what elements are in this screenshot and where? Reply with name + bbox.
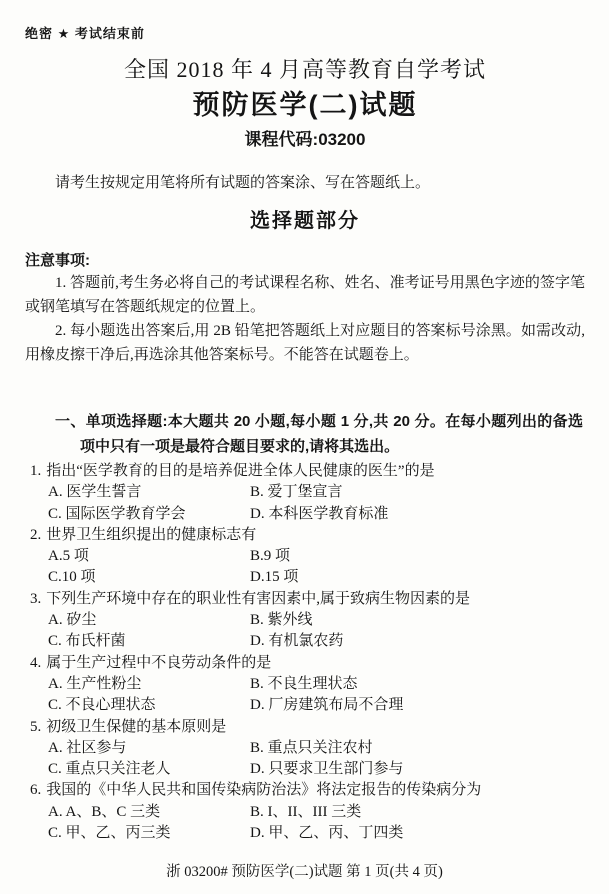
question-number: 6. xyxy=(30,782,41,798)
answer-sheet-instruction: 请考生按规定用笔将所有试题的答案涂、写在答题纸上。 xyxy=(25,173,585,193)
option-c: C. 甲、乙、丙三类 xyxy=(48,823,250,844)
option-b: B. 重点只关注农村 xyxy=(250,738,585,759)
note-item-1: 1. 答题前,考生务必将自己的考试课程名称、姓名、准考证号用黑色字迹的签字笔或钢… xyxy=(25,271,585,319)
option-a: A. 社区参与 xyxy=(48,738,250,759)
question-stem: 属于生产过程中不良劳动条件的是 xyxy=(46,655,271,671)
section-title: 选择题部分 xyxy=(25,208,585,235)
question-number: 5. xyxy=(30,719,41,735)
exam-session-title: 全国 2018 年 4 月高等教育自学考试 xyxy=(25,55,585,84)
option-c: C. 重点只关注老人 xyxy=(48,759,250,780)
question-2: 2.世界卫生组织提出的健康标志有 A.5 项 B.9 项 C.10 项 D.15… xyxy=(25,525,585,589)
paper-title: 预防医学(二)试题 xyxy=(25,87,585,123)
question-stem: 初级卫生保健的基本原则是 xyxy=(46,719,226,735)
option-d: D. 有机氯农药 xyxy=(250,631,585,652)
question-3: 3.下列生产环境中存在的职业性有害因素中,属于致病生物因素的是 A. 矽尘 B.… xyxy=(25,589,585,653)
question-stem: 我国的《中华人民共和国传染病防治法》将法定报告的传染病分为 xyxy=(46,782,481,798)
option-b: B. 不良生理状态 xyxy=(250,674,585,695)
options-grid: A. 社区参与 B. 重点只关注农村 C. 重点只关注老人 D. 只要求卫生部门… xyxy=(48,738,585,781)
secrecy-banner: 绝密 ★ 考试结束前 xyxy=(25,26,585,42)
option-b: B. 爱丁堡宣言 xyxy=(250,482,585,503)
option-a: A. A、B、C 三类 xyxy=(48,802,250,823)
option-c: C.10 项 xyxy=(48,567,250,588)
option-c: C. 国际医学教育学会 xyxy=(48,504,250,525)
option-d: D. 只要求卫生部门参与 xyxy=(250,759,585,780)
part-one-heading: 一、单项选择题:本大题共 20 小题,每小题 1 分,共 20 分。在每小题列出… xyxy=(50,409,585,459)
option-c: C. 布氏杆菌 xyxy=(48,631,250,652)
question-number: 1. xyxy=(30,463,41,479)
option-a: A.5 项 xyxy=(48,546,250,567)
option-b: B. 紫外线 xyxy=(250,610,585,631)
question-stem: 下列生产环境中存在的职业性有害因素中,属于致病生物因素的是 xyxy=(46,591,470,607)
options-grid: A. 生产性粉尘 B. 不良生理状态 C. 不良心理状态 D. 厂房建筑布局不合… xyxy=(48,674,585,717)
question-4: 4.属于生产过程中不良劳动条件的是 A. 生产性粉尘 B. 不良生理状态 C. … xyxy=(25,653,585,717)
option-a: A. 矽尘 xyxy=(48,610,250,631)
options-grid: A. 矽尘 B. 紫外线 C. 布氏杆菌 D. 有机氯农药 xyxy=(48,610,585,653)
question-stem: 指出“医学教育的目的是培养促进全体人民健康的医生”的是 xyxy=(46,463,434,479)
question-stem: 世界卫生组织提出的健康标志有 xyxy=(46,527,256,543)
question-list: 1.指出“医学教育的目的是培养促进全体人民健康的医生”的是 A. 医学生誓言 B… xyxy=(25,461,585,844)
option-d: D. 甲、乙、丙、丁四类 xyxy=(250,823,585,844)
course-code: 课程代码:03200 xyxy=(25,128,585,151)
option-a: A. 医学生誓言 xyxy=(48,482,250,503)
option-d: D. 本科医学教育标准 xyxy=(250,504,585,525)
question-number: 2. xyxy=(30,527,41,543)
page-footer: 浙 03200# 预防医学(二)试题 第 1 页(共 4 页) xyxy=(0,862,609,882)
exam-paper-page: 绝密 ★ 考试结束前 全国 2018 年 4 月高等教育自学考试 预防医学(二)… xyxy=(0,0,609,894)
question-6: 6.我国的《中华人民共和国传染病防治法》将法定报告的传染病分为 A. A、B、C… xyxy=(25,780,585,844)
option-b: B. I、II、III 三类 xyxy=(250,802,585,823)
option-b: B.9 项 xyxy=(250,546,585,567)
note-item-2: 2. 每小题选出答案后,用 2B 铅笔把答题纸上对应题目的答案标号涂黑。如需改动… xyxy=(25,319,585,367)
options-grid: A.5 项 B.9 项 C.10 项 D.15 项 xyxy=(48,546,585,589)
question-5: 5.初级卫生保健的基本原则是 A. 社区参与 B. 重点只关注农村 C. 重点只… xyxy=(25,717,585,781)
option-d: D.15 项 xyxy=(250,567,585,588)
options-grid: A. 医学生誓言 B. 爱丁堡宣言 C. 国际医学教育学会 D. 本科医学教育标… xyxy=(48,482,585,525)
question-1: 1.指出“医学教育的目的是培养促进全体人民健康的医生”的是 A. 医学生誓言 B… xyxy=(25,461,585,525)
option-a: A. 生产性粉尘 xyxy=(48,674,250,695)
notes-title: 注意事项: xyxy=(25,251,585,271)
options-grid: A. A、B、C 三类 B. I、II、III 三类 C. 甲、乙、丙三类 D.… xyxy=(48,802,585,845)
option-c: C. 不良心理状态 xyxy=(48,695,250,716)
question-number: 3. xyxy=(30,591,41,607)
question-number: 4. xyxy=(30,655,41,671)
option-d: D. 厂房建筑布局不合理 xyxy=(250,695,585,716)
